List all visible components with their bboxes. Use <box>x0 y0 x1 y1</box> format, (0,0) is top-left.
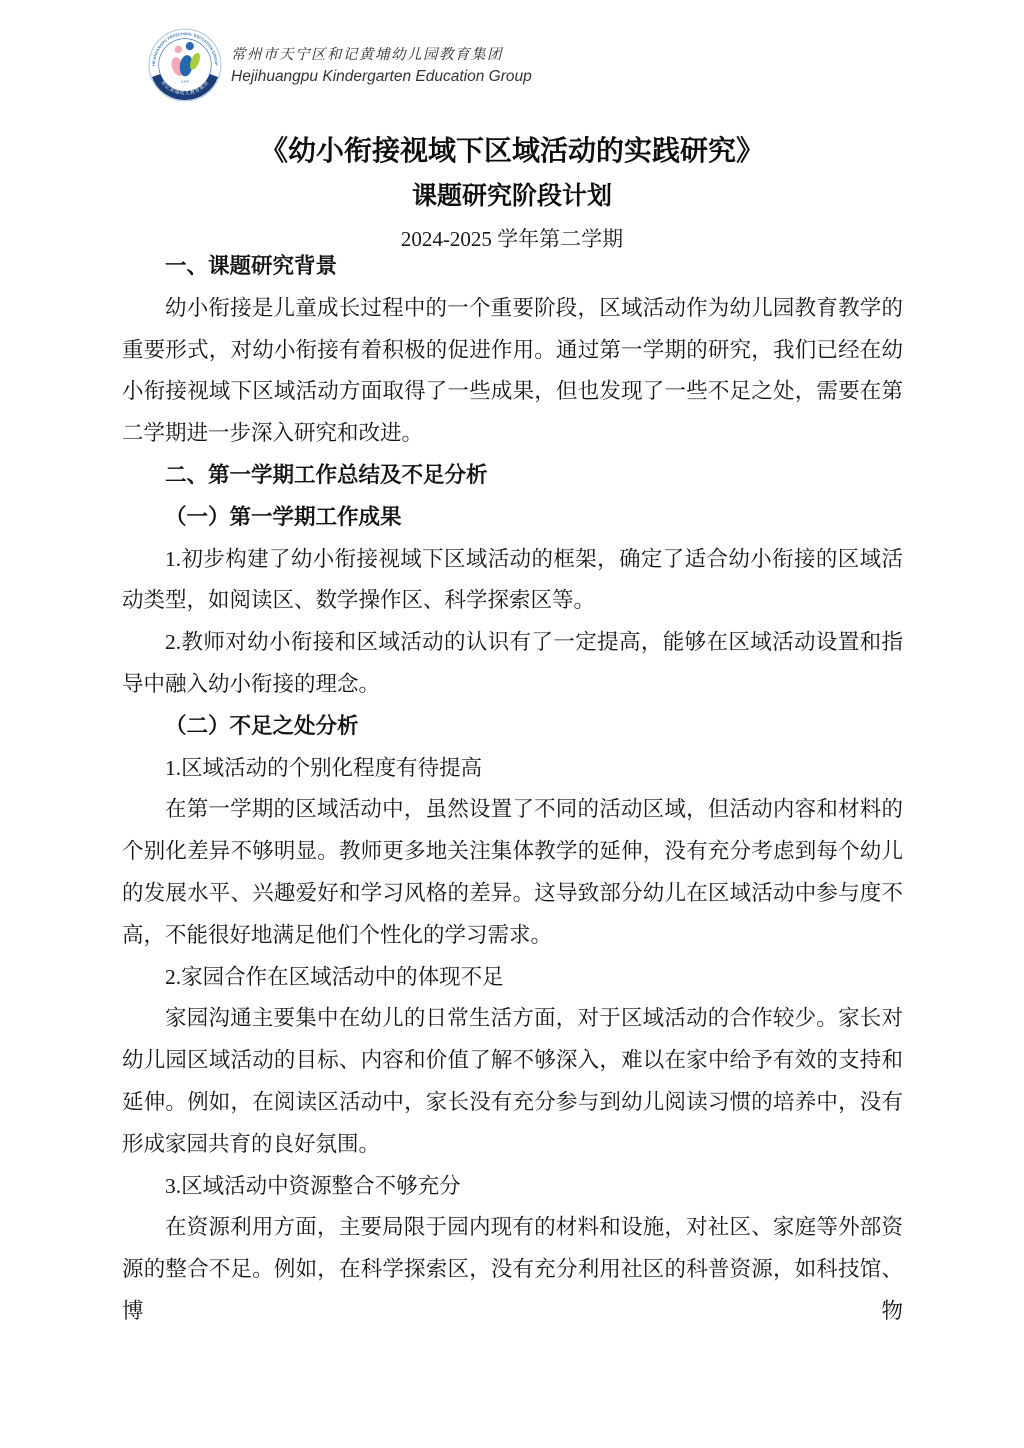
masthead: HEJIHUANGPU PRESCHOOL EDUCATION GROUP HJ… <box>148 28 532 102</box>
paragraph: 3.区域活动中资源整合不够充分 <box>122 1166 903 1208</box>
badge-monogram: HJMP <box>181 79 189 83</box>
paragraph: 在资源利用方面，主要局限于园内现有的材料和设施，对社区、家庭等外部资源的整合不足… <box>122 1207 903 1332</box>
paragraph: 2.教师对幼小衔接和区域活动的认识有了一定提高，能够在区域活动设置和指导中融入幼… <box>122 622 903 706</box>
org-name-block: 常州市天宁区和记黄埔幼儿园教育集团 Hejihuangpu Kindergart… <box>231 44 532 87</box>
section-heading: 二、第一学期工作总结及不足分析 <box>122 455 903 497</box>
paragraph: 幼小衔接是儿童成长过程中的一个重要阶段，区域活动作为幼儿园教育教学的重要形式，对… <box>122 288 903 455</box>
title-block: 《幼小衔接视域下区域活动的实践研究》 课题研究阶段计划 2024-2025 学年… <box>0 128 1024 258</box>
section-heading: （二）不足之处分析 <box>122 706 903 748</box>
org-name-chinese: 常州市天宁区和记黄埔幼儿园教育集团 <box>231 44 532 66</box>
document-title: 《幼小衔接视域下区域活动的实践研究》 <box>0 128 1024 174</box>
paragraph: 家园沟通主要集中在幼儿的日常生活方面，对于区域活动的合作较少。家长对幼儿园区域活… <box>122 998 903 1165</box>
kindergarten-logo-icon: HEJIHUANGPU PRESCHOOL EDUCATION GROUP HJ… <box>148 28 222 102</box>
paragraph: 1.区域活动的个别化程度有待提高 <box>122 748 903 790</box>
paragraph: 2.家园合作在区域活动中的体现不足 <box>122 957 903 999</box>
section-heading: 一、课题研究背景 <box>122 246 903 288</box>
section-heading: （一）第一学期工作成果 <box>122 497 903 539</box>
org-name-english: Hejihuangpu Kindergarten Education Group <box>231 66 532 87</box>
paragraph: 在第一学期的区域活动中，虽然设置了不同的活动区域，但活动内容和材料的个别化差异不… <box>122 789 903 956</box>
document-body: 一、课题研究背景幼小衔接是儿童成长过程中的一个重要阶段，区域活动作为幼儿园教育教… <box>122 246 903 1333</box>
document-subtitle: 课题研究阶段计划 <box>0 174 1024 218</box>
paragraph: 1.初步构建了幼小衔接视域下区域活动的框架，确定了适合幼小衔接的区域活动类型，如… <box>122 539 903 623</box>
document-page: HEJIHUANGPU PRESCHOOL EDUCATION GROUP HJ… <box>0 0 1024 1448</box>
